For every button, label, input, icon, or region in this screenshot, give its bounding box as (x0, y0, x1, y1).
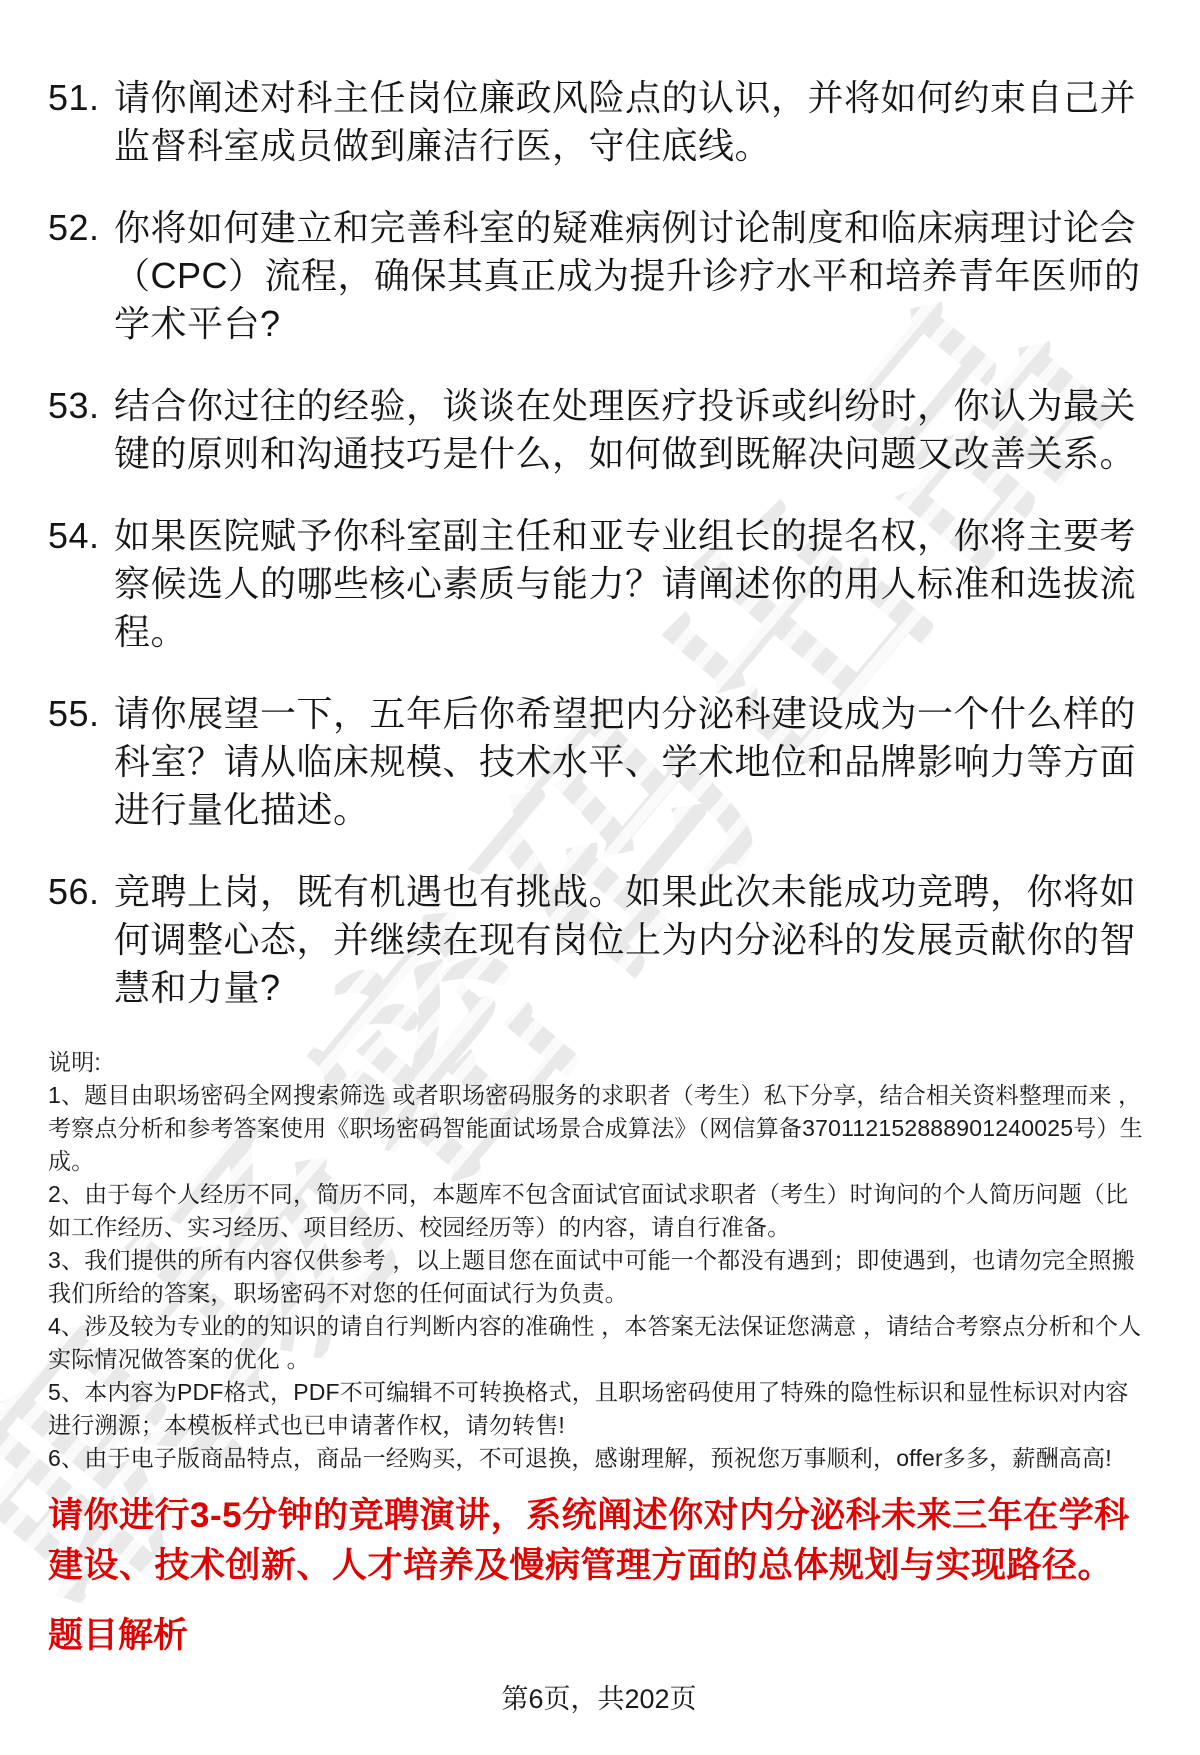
question-text: 你将如何建立和完善科室的疑难病例讨论制度和临床病理讨论会（CPC）流程，确保其真… (114, 204, 1150, 348)
note-item: 4、涉及较为专业的的知识的请自行判断内容的准确性 ，本答案无法保证您满意 ，请结… (48, 1310, 1148, 1376)
question-number: 52. (48, 204, 114, 348)
notes-section: 说明: 1、题目由职场密码全网搜索筛选 或者职场密码服务的求职者（考生）私下分享… (48, 1046, 1148, 1475)
note-item: 5、本内容为PDF格式，PDF不可编辑不可转换格式，且职场密码使用了特殊的隐性标… (48, 1376, 1148, 1442)
question-text: 结合你过往的经验，谈谈在处理医疗投诉或纠纷时，你认为最关键的原则和沟通技巧是什么… (114, 382, 1150, 478)
analysis-heading: 题目解析 (48, 1615, 1150, 1657)
page-content: 51. 请你阐述对科主任岗位廉政风险点的认识，并将如何约束自己并监督科室成员做到… (0, 0, 1200, 1715)
question-number: 51. (48, 74, 114, 170)
question-number: 56. (48, 868, 114, 1012)
question-number: 54. (48, 512, 114, 656)
question-text: 竞聘上岗，既有机遇也有挑战。如果此次未能成功竞聘，你将如何调整心态，并继续在现有… (114, 868, 1150, 1012)
question-item: 55. 请你展望一下，五年后你希望把内分泌科建设成为一个什么样的科室？请从临床规… (48, 690, 1150, 834)
question-text: 请你阐述对科主任岗位廉政风险点的认识，并将如何约束自己并监督科室成员做到廉洁行医… (114, 74, 1150, 170)
question-item: 51. 请你阐述对科主任岗位廉政风险点的认识，并将如何约束自己并监督科室成员做到… (48, 74, 1150, 170)
question-text: 请你展望一下，五年后你希望把内分泌科建设成为一个什么样的科室？请从临床规模、技术… (114, 690, 1150, 834)
note-item: 1、题目由职场密码全网搜索筛选 或者职场密码服务的求职者（考生）私下分享，结合相… (48, 1079, 1148, 1178)
question-item: 56. 竞聘上岗，既有机遇也有挑战。如果此次未能成功竞聘，你将如何调整心态，并继… (48, 868, 1150, 1012)
question-item: 54. 如果医院赋予你科室副主任和亚专业组长的提名权，你将主要考察候选人的哪些核… (48, 512, 1150, 656)
pitch-paragraph: 请你进行3-5分钟的竞聘演讲，系统阐述你对内分泌科未来三年在学科建设、技术创新、… (48, 1491, 1150, 1591)
page-footer: 第6页，共202页 (48, 1683, 1150, 1715)
note-item: 2、由于每个人经历不同，简历不同，本题库不包含面试官面试求职者（考生）时询问的个… (48, 1178, 1148, 1244)
question-item: 52. 你将如何建立和完善科室的疑难病例讨论制度和临床病理讨论会（CPC）流程，… (48, 204, 1150, 348)
document-page: 职场密码出品 51. 请你阐述对科主任岗位廉政风险点的认识，并将如何约束自己并监… (0, 0, 1200, 1755)
notes-heading: 说明: (48, 1046, 1148, 1079)
note-item: 6、由于电子版商品特点，商品一经购买，不可退换，感谢理解，预祝您万事顺利，off… (48, 1442, 1148, 1475)
question-number: 53. (48, 382, 114, 478)
note-item: 3、我们提供的所有内容仅供参考 ，以上题目您在面试中可能一个都没有遇到；即使遇到… (48, 1244, 1148, 1310)
question-item: 53. 结合你过往的经验，谈谈在处理医疗投诉或纠纷时，你认为最关键的原则和沟通技… (48, 382, 1150, 478)
question-number: 55. (48, 690, 114, 834)
question-text: 如果医院赋予你科室副主任和亚专业组长的提名权，你将主要考察候选人的哪些核心素质与… (114, 512, 1150, 656)
